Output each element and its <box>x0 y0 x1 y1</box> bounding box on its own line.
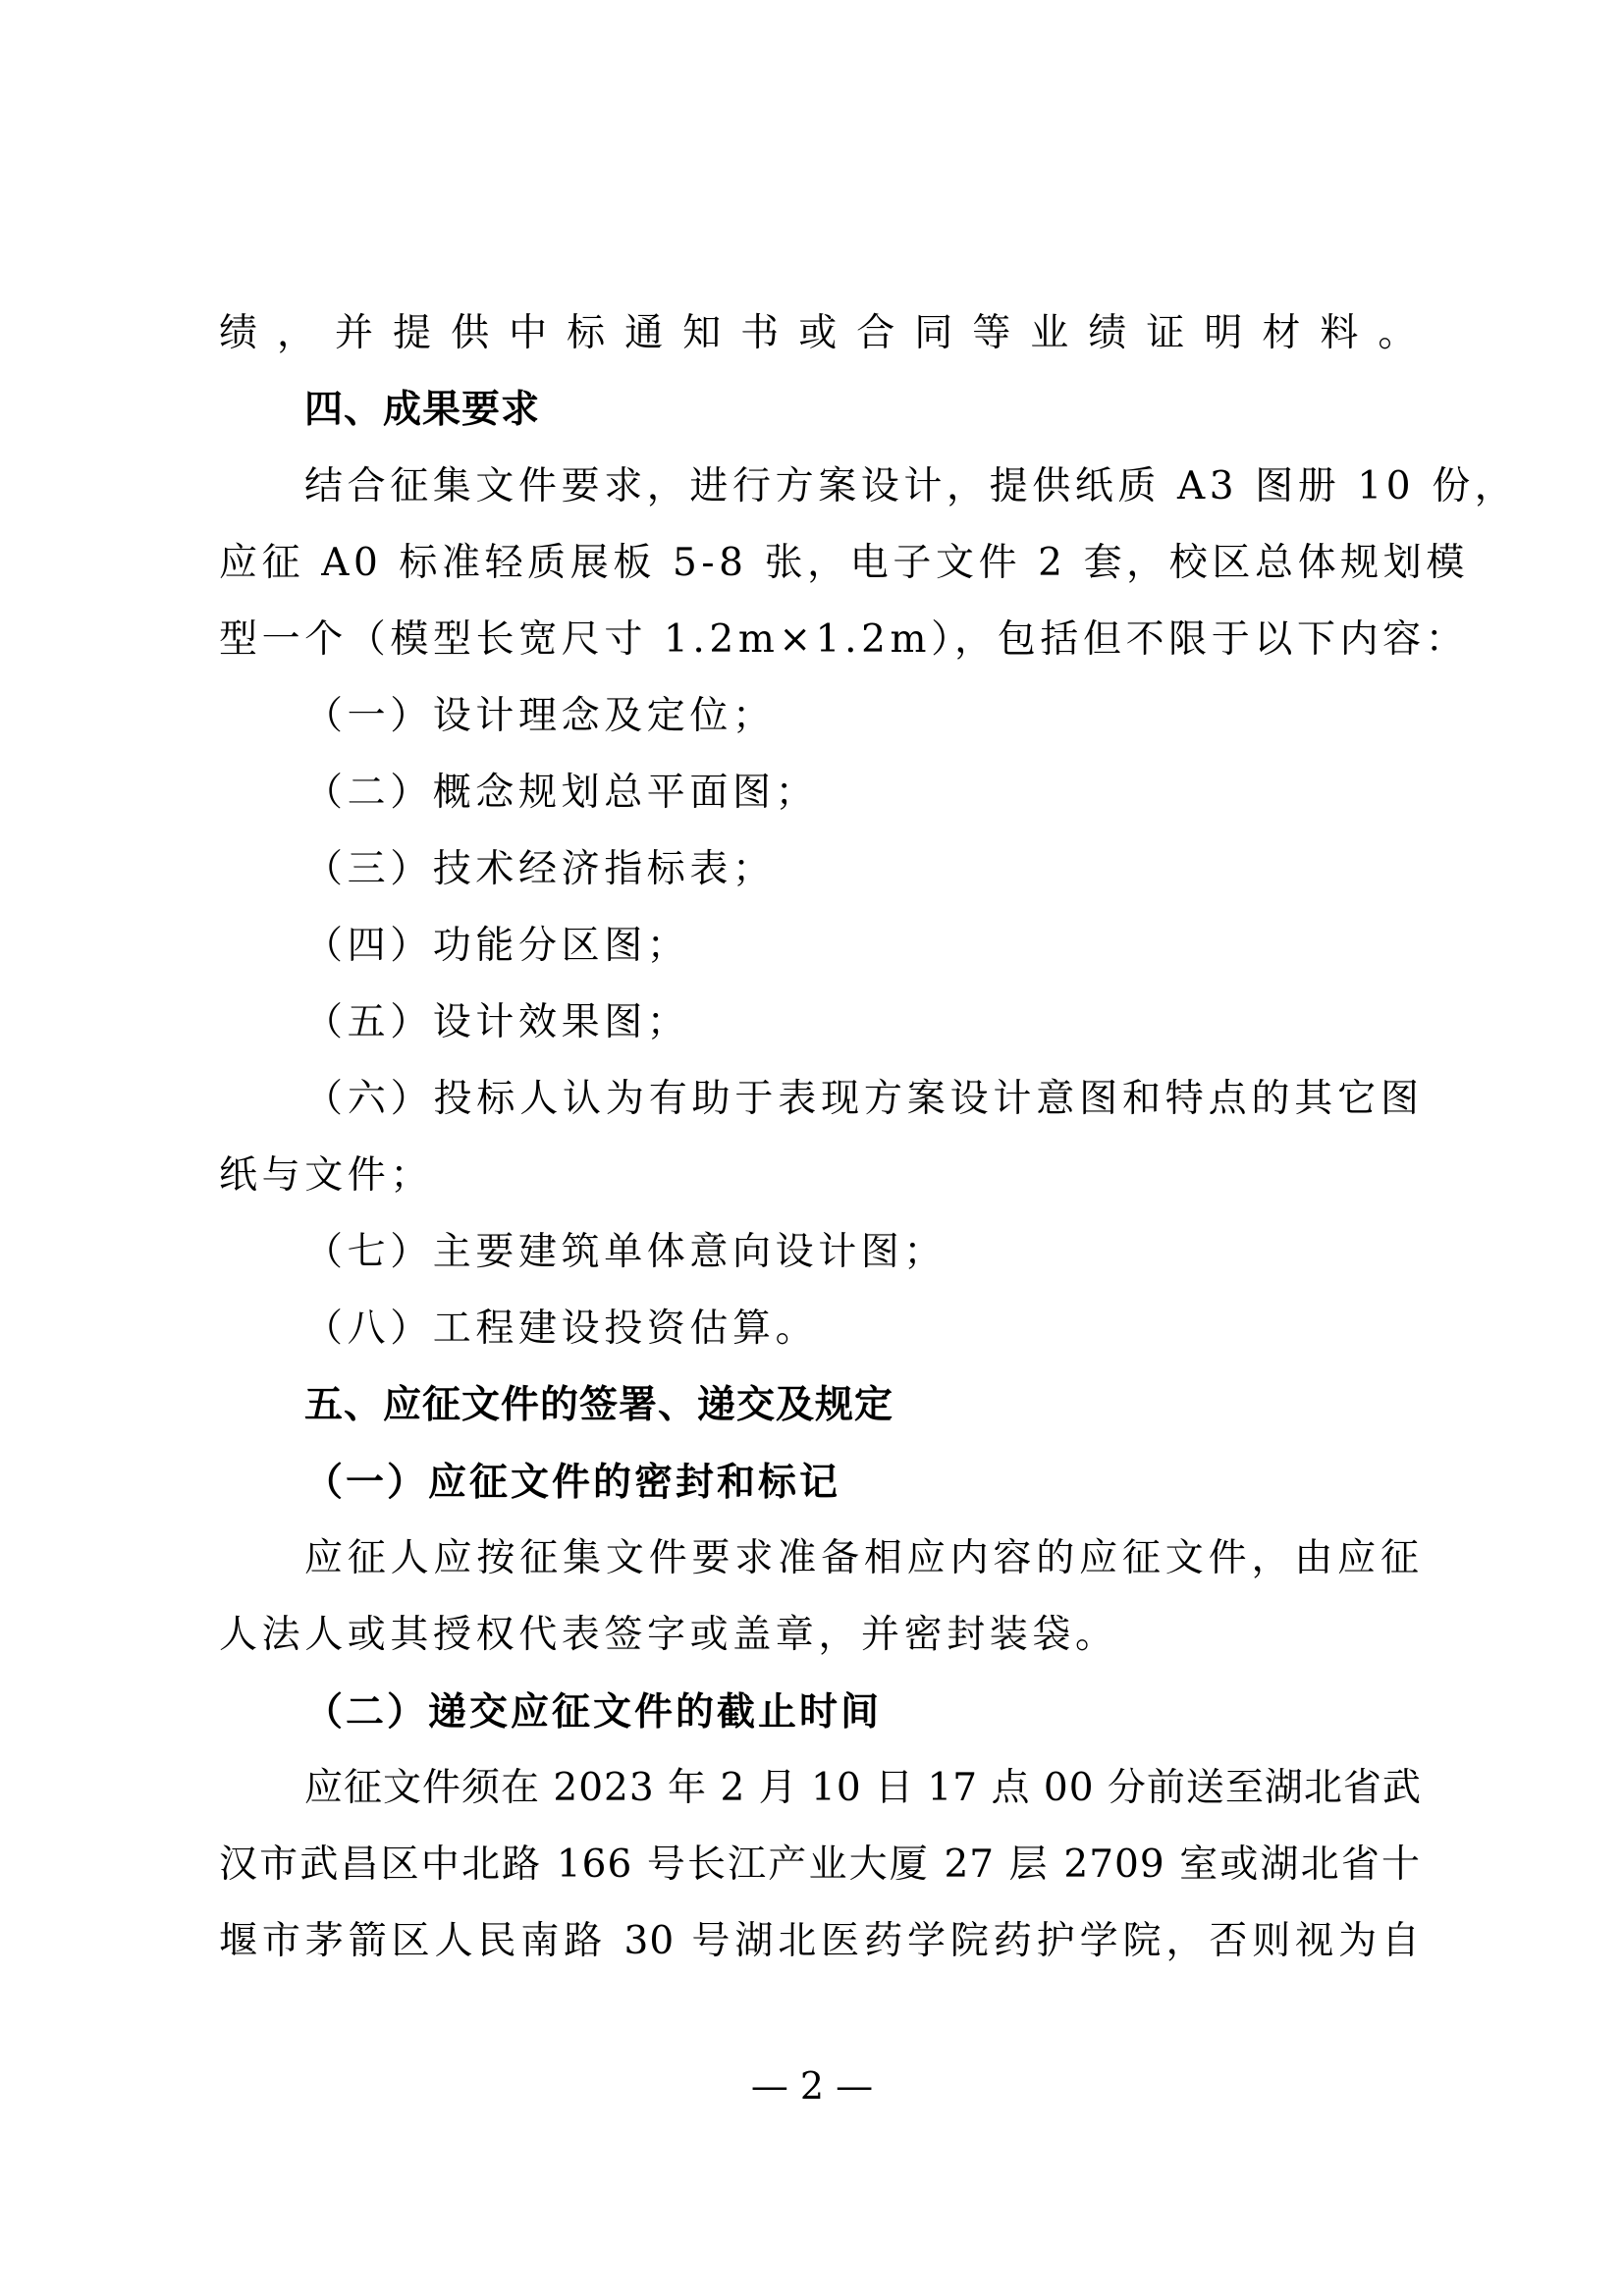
list-item-investment-estimate: （八）工程建设投资估算。 <box>304 1291 1421 1367</box>
paragraph-line-sealing-2: 人法人或其授权代表签字或盖章，并密封装袋。 <box>219 1597 1421 1674</box>
paragraph-line-deadline-3: 堰市茅箭区人民南路 30 号湖北医药学院药护学院，否则视为自 <box>219 1903 1421 1980</box>
list-item-functional-zoning: （四）功能分区图； <box>304 908 1421 985</box>
subheading-sealing-and-marking: （一）应征文件的密封和标记 <box>304 1444 1421 1521</box>
paragraph-line-achievements-continued: 绩，并提供中标通知书或合同等业绩证明材料。 <box>219 295 1421 372</box>
paragraph-line-deliverables-1: 结合征集文件要求，进行方案设计，提供纸质 A3 图册 10 份， <box>304 449 1421 525</box>
list-item-other-drawings-continued: 纸与文件； <box>219 1138 1421 1214</box>
paragraph-line-deliverables-3: 型一个（模型长宽尺寸 1.2m×1.2m），包括但不限于以下内容： <box>219 602 1421 678</box>
document-page: 绩，并提供中标通知书或合同等业绩证明材料。 四、成果要求 结合征集文件要求，进行… <box>0 0 1624 2296</box>
section-heading-results-requirements: 四、成果要求 <box>304 372 1421 449</box>
list-item-building-design: （七）主要建筑单体意向设计图； <box>304 1214 1421 1291</box>
list-item-renderings: （五）设计效果图； <box>304 985 1421 1061</box>
paragraph-line-deadline-2: 汉市武昌区中北路 166 号长江产业大厦 27 层 2709 室或湖北省十 <box>219 1827 1421 1903</box>
list-item-design-concept: （一）设计理念及定位； <box>304 678 1421 755</box>
list-item-technical-indicators: （三）技术经济指标表； <box>304 831 1421 908</box>
page-number: — 2 — <box>0 2061 1624 2110</box>
paragraph-line-deadline-1: 应征文件须在 2023 年 2 月 10 日 17 点 00 分前送至湖北省武 <box>304 1750 1421 1827</box>
paragraph-line-deliverables-2: 应征 A0 标准轻质展板 5-8 张，电子文件 2 套，校区总体规划模 <box>219 525 1421 602</box>
paragraph-line-sealing-1: 应征人应按征集文件要求准备相应内容的应征文件，由应征 <box>304 1521 1421 1597</box>
list-item-other-drawings: （六）投标人认为有助于表现方案设计意图和特点的其它图 <box>304 1061 1421 1138</box>
section-heading-submission-rules: 五、应征文件的签署、递交及规定 <box>304 1367 1421 1444</box>
list-item-master-plan: （二）概念规划总平面图； <box>304 755 1421 831</box>
subheading-submission-deadline: （二）递交应征文件的截止时间 <box>304 1674 1421 1750</box>
